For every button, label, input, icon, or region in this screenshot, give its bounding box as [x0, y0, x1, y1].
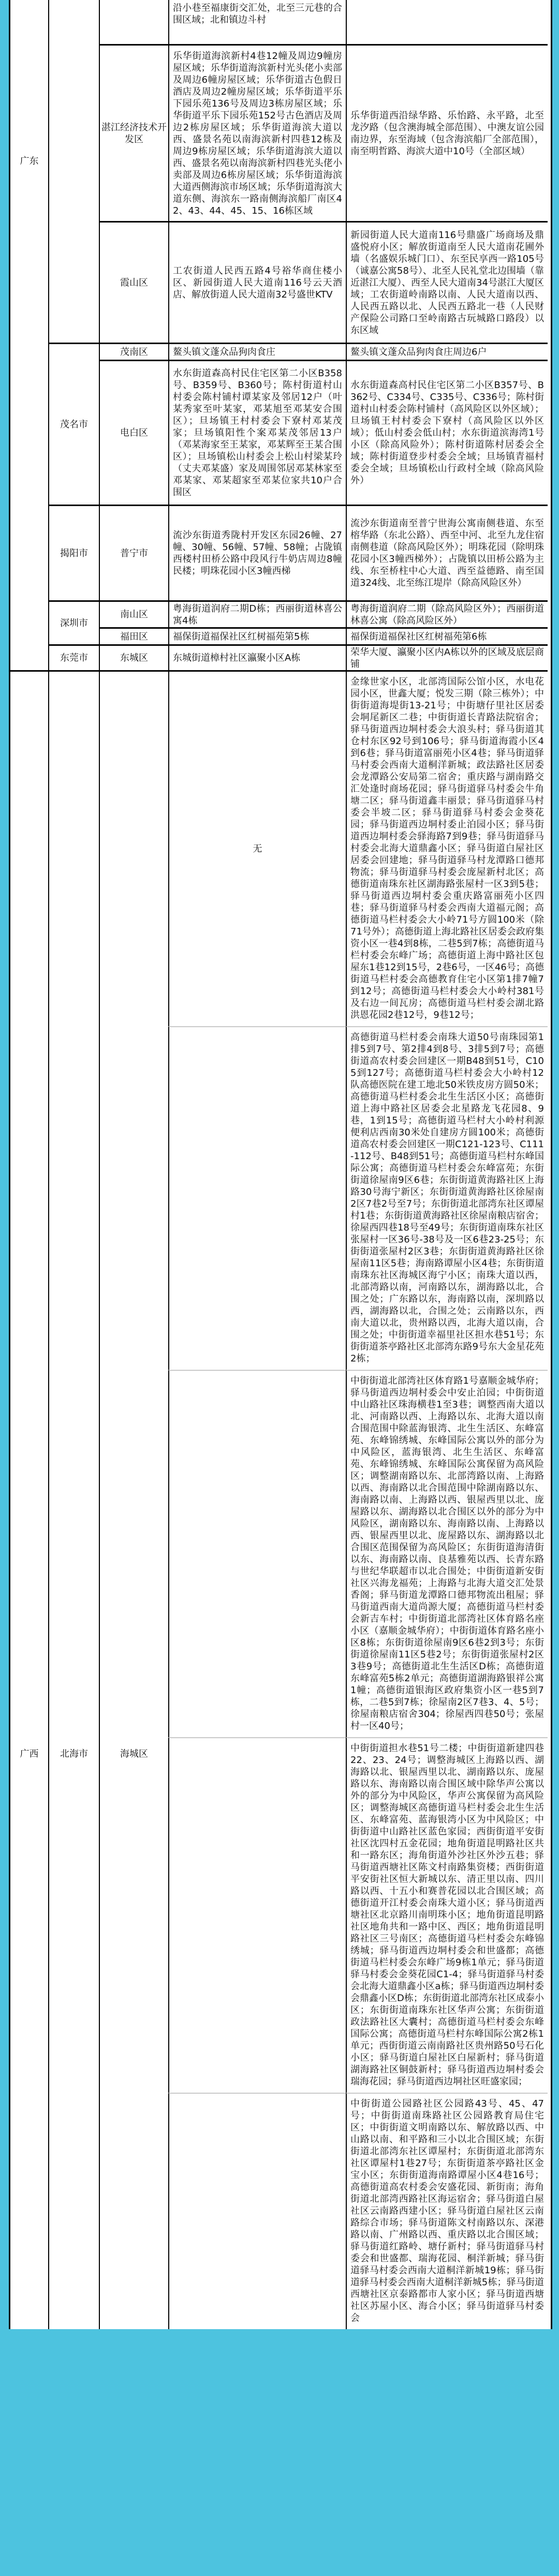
mid-risk-text: 沿小巷至福康街交汇处，北至三元巷的合围区域；北和镇边斗村 — [173, 2, 342, 26]
mid-risk-text: 粤海街道润府二期D栋；西丽街道林喜公寓4栋 — [173, 603, 342, 627]
low-risk-cell-puning: 流沙东街道南至普宁世海公寓南侧巷道、东至榕华路（东北公路）、西至中河、北至九龙住… — [346, 505, 548, 600]
mid-risk-text: 福保街道福保社区红树福苑第5栋 — [173, 631, 342, 643]
low-risk-text: 福保街道福保社区红树福苑第6栋 — [350, 631, 544, 643]
risk-table-grid: 广东 广西 茂名市 揭阳市 深圳市 东莞市 北海市 — [10, 0, 548, 2329]
low-risk-cell-zhanjiang-etdz: 乐华街道西沿绿华路、乐怡路、永平路，北至龙汐路（包含澳海城全部范围）、中澳友谊公… — [346, 44, 548, 221]
low-risk-cell-dianbai: 水东街道森高村民住宅区第二小区B357号、B362号、C334号、C335号、C… — [346, 360, 548, 505]
city-cell-jieyang: 揭阳市 — [48, 505, 99, 600]
mid-risk-cell-haicheng-none: 无 — [168, 670, 346, 1026]
district-cell-dongcheng: 东城区 — [99, 644, 168, 670]
district-cell-nanshan: 南山区 — [99, 600, 168, 627]
mid-risk-cell-empty — [168, 1026, 346, 1370]
low-risk-cell-haicheng-p4: 中街街道担水巷51号二楼；中街街道新建四巷22、23、24号；调整海城区上海路以… — [346, 1737, 548, 2093]
mid-risk-cell-xiashan: 工农街道人民西五路4号裕华商住楼小区、新园街道人民大道南116号云天酒店、解放街… — [168, 221, 346, 343]
low-risk-text: 中街街道公园路社区公园路43号、45、47号；中街街道南珠路社区公园路教育局住宅… — [350, 2098, 544, 2324]
city-label-dongguan: 东莞市 — [60, 652, 88, 664]
risk-area-table-screenshot: 广东 广西 茂名市 揭阳市 深圳市 东莞市 北海市 — [0, 0, 559, 2576]
low-risk-text: 流沙东街道南至普宁世海公寓南侧巷道、东至榕华路（东北公路）、西至中河、北至九龙住… — [350, 517, 544, 589]
low-risk-cell-haicheng-p2: 高德街道马栏村委会南珠大道50号南珠园第1排5到7号、第2排4到8号、3排5到7… — [346, 1026, 548, 1370]
low-risk-cell-haicheng-p5: 中街街道公园路社区公园路43号、45、47号；中街街道南珠路社区公园路教育局住宅… — [346, 2093, 548, 2329]
district-label-puning: 普宁市 — [120, 547, 148, 559]
district-label-dongcheng: 东城区 — [120, 652, 148, 664]
mid-risk-text: 乐华街道海滨新村4巷12幢及周边9幢房屋区域；乐华街道海滨新村光头佬小卖部及周边… — [173, 50, 342, 217]
district-cell-futian: 福田区 — [99, 627, 168, 644]
low-risk-text: 新园街道人民大道南116号鼎盛广场商场及鼎盛悦府小区；解放街道南至人民大道南花圃… — [350, 229, 544, 336]
low-risk-cell-haicheng-p1: 金缘世家小区，北部湾国际公馆小区，水电花园小区，世鑫大厦；悦发三期（除三栋外）；… — [346, 670, 548, 1026]
low-risk-text: 金缘世家小区，北部湾国际公馆小区，水电花园小区，世鑫大厦；悦发三期（除三栋外）；… — [350, 676, 544, 1021]
mid-risk-cell-empty — [168, 2093, 346, 2329]
district-label-haicheng: 海城区 — [120, 1748, 148, 1760]
province-cell-guangxi: 广西 — [10, 670, 48, 2329]
district-label-maonan: 茂南区 — [120, 346, 148, 358]
low-risk-text: 中街街道北部湾社区体育路1号嘉顺金城华府；驿马街道西边垌村委会中安止泊园；中街街… — [350, 1375, 544, 1732]
low-risk-cell-maonan: 鳌头镇文蓬众品狗肉食庄周边6户 — [346, 343, 548, 360]
district-cell-dianbai: 电白区 — [99, 360, 168, 505]
low-risk-text: 乐华街道西沿绿华路、乐怡路、永平路，北至龙汐路（包含澳海城全部范围）、中澳友谊公… — [350, 110, 544, 157]
low-risk-text: 鳌头镇文蓬众品狗肉食庄周边6户 — [350, 346, 544, 358]
district-cell-haicheng: 海城区 — [99, 670, 168, 2329]
mid-risk-cell-dianbai: 水东街道森高村民住宅区第二小区B358号、B359号、B360号；陈村街道村山村… — [168, 360, 346, 505]
mid-risk-cell-maonan: 鳌头镇文蓬众品狗肉食庄 — [168, 343, 346, 360]
district-label-futian: 福田区 — [120, 631, 148, 643]
mid-risk-text: 鳌头镇文蓬众品狗肉食庄 — [173, 346, 342, 358]
low-risk-text: 高德街道马栏村委会南珠大道50号南珠园第1排5到7号、第2排4到8号、3排5到7… — [350, 1031, 544, 1365]
city-cell-beihai: 北海市 — [48, 670, 99, 2329]
low-risk-cell-nanshan: 粤海街道润府二期（除高风险区外）；西丽街道林喜公寓（除高风险区外） — [346, 600, 548, 627]
city-cell-dongguan: 东莞市 — [48, 644, 99, 670]
city-label-jieyang: 揭阳市 — [60, 547, 88, 559]
mid-risk-cell-clipped: 沿小巷至福康街交汇处，北至三元巷的合围区域；北和镇边斗村 — [168, 0, 346, 44]
district-cell-puning: 普宁市 — [99, 505, 168, 600]
city-cell-zhanjiang-clipped — [48, 0, 99, 343]
mid-risk-cell-zhanjiang-etdz: 乐华街道海滨新村4巷12幢及周边9幢房屋区域；乐华街道海滨新村光头佬小卖部及周边… — [168, 44, 346, 221]
mid-risk-text: 水东街道森高村民住宅区第二小区B358号、B359号、B360号；陈村街道村山村… — [173, 367, 342, 498]
district-label-xiashan: 霞山区 — [120, 277, 148, 289]
mid-risk-cell-nanshan: 粤海街道润府二期D栋；西丽街道林喜公寓4栋 — [168, 600, 346, 627]
city-label-maoming: 茂名市 — [60, 419, 88, 431]
province-cell-guangdong: 广东 — [10, 0, 48, 670]
risk-area-table: 广东 广西 茂名市 揭阳市 深圳市 东莞市 北海市 — [9, 0, 552, 2329]
district-label-dianbai: 电白区 — [120, 427, 148, 439]
district-label-zhanjiang-etdz: 湛江经济技术开发区 — [101, 122, 167, 145]
province-label-guangxi: 广西 — [20, 1748, 39, 1760]
district-cell-clipped — [99, 0, 168, 44]
none-marker: 无 — [253, 843, 262, 855]
district-cell-maonan: 茂南区 — [99, 343, 168, 360]
low-risk-text: 中街街道担水巷51号二楼；中街街道新建四巷22、23、24号；调整海城区上海路以… — [350, 1742, 544, 2088]
low-risk-cell-dongcheng: 荣华大厦、瀛聚小区内A栋以外的区域及底层商铺 — [346, 644, 548, 670]
low-risk-cell-clipped — [346, 0, 548, 44]
low-risk-text: 粤海街道润府二期（除高风险区外）；西丽街道林喜公寓（除高风险区外） — [350, 603, 544, 627]
city-cell-shenzhen: 深圳市 — [48, 600, 99, 644]
low-risk-cell-xiashan: 新园街道人民大道南116号鼎盛广场商场及鼎盛悦府小区；解放街道南至人民大道南花圃… — [346, 221, 548, 343]
mid-risk-cell-empty — [168, 1737, 346, 2093]
district-cell-zhanjiang-etdz: 湛江经济技术开发区 — [99, 44, 168, 221]
city-label-beihai: 北海市 — [60, 1748, 88, 1760]
district-cell-xiashan: 霞山区 — [99, 221, 168, 343]
mid-risk-text: 工农街道人民西五路4号裕华商住楼小区、新园街道人民大道南116号云天酒店、解放街… — [173, 265, 342, 301]
low-risk-text: 水东街道森高村民住宅区第二小区B357号、B362号、C334号、C335号、C… — [350, 379, 544, 486]
mid-risk-cell-futian: 福保街道福保社区红树福苑第5栋 — [168, 627, 346, 644]
low-risk-text: 荣华大厦、瀛聚小区内A栋以外的区域及底层商铺 — [350, 646, 544, 670]
mid-risk-cell-dongcheng: 东城街道樟村社区瀛聚小区A栋 — [168, 644, 346, 670]
mid-risk-text: 流沙东街道秀陇村开发区东园26幢、27幢、30幢、56幢、57幢、58幢；占陇镇… — [173, 529, 342, 577]
province-label-guangdong: 广东 — [20, 155, 39, 167]
mid-risk-cell-puning: 流沙东街道秀陇村开发区东园26幢、27幢、30幢、56幢、57幢、58幢；占陇镇… — [168, 505, 346, 600]
district-label-nanshan: 南山区 — [120, 609, 148, 620]
city-label-shenzhen: 深圳市 — [60, 617, 88, 629]
low-risk-cell-futian: 福保街道福保社区红树福苑第6栋 — [346, 627, 548, 644]
mid-risk-text: 东城街道樟村社区瀛聚小区A栋 — [173, 652, 342, 664]
low-risk-cell-haicheng-p3: 中街街道北部湾社区体育路1号嘉顺金城华府；驿马街道西边垌村委会中安止泊园；中街街… — [346, 1370, 548, 1737]
city-cell-maoming: 茂名市 — [48, 343, 99, 505]
mid-risk-cell-empty — [168, 1370, 346, 1737]
